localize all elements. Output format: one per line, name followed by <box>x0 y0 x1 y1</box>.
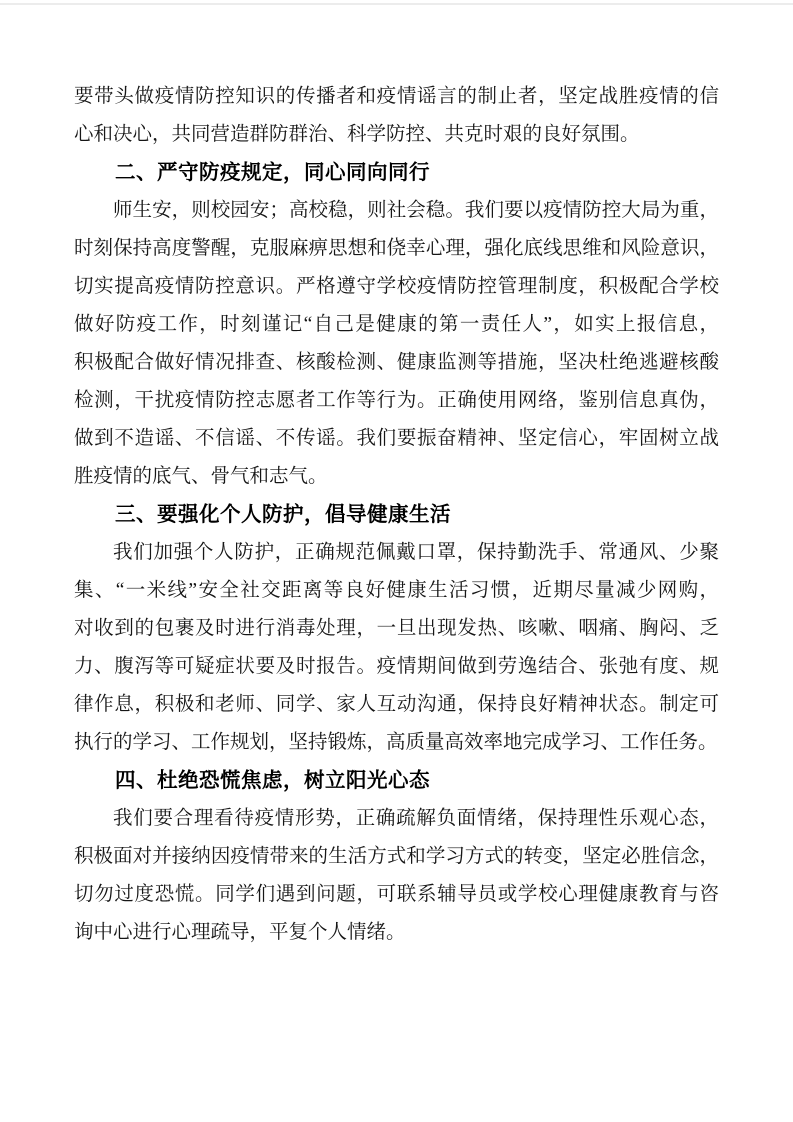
text-line: 做到不造谣、不信谣、不传谣。我们要振奋精神、坚定信心，牢固树立战 <box>74 420 719 458</box>
text-line: 时刻保持高度警醒，克服麻痹思想和侥幸心理，强化底线思维和风险意识， <box>74 230 719 268</box>
text-line: 胜疫情的底气、骨气和志气。 <box>74 458 719 496</box>
text-line: 我们加强个人防护，正确规范佩戴口罩，保持勤洗手、常通风、少聚 <box>74 534 719 572</box>
paragraph-section-4: 我们要合理看待疫情形势，正确疏解负面情绪，保持理性乐观心态，积极面对并接纳因疫情… <box>74 800 719 952</box>
text-line: 执行的学习、工作规划，坚持锻炼，高质量高效率地完成学习、工作任务。 <box>74 724 719 762</box>
text-line: 律作息，积极和老师、同学、家人互动沟通，保持良好精神状态。制定可 <box>74 686 719 724</box>
section-heading-2: 二、严守防疫规定，同心同向同行 <box>74 154 719 192</box>
page-top-edge-divider <box>0 3 793 5</box>
text-line: 力、腹泻等可疑症状要及时报告。疫情期间做到劳逸结合、张弛有度、规 <box>74 648 719 686</box>
document-body: 要带头做疫情防控知识的传播者和疫情谣言的制止者，坚定战胜疫情的信心和决心，共同营… <box>74 78 719 952</box>
text-line: 积极面对并接纳因疫情带来的生活方式和学习方式的转变，坚定必胜信念， <box>74 838 719 876</box>
document-page: 要带头做疫情防控知识的传播者和疫情谣言的制止者，坚定战胜疫情的信心和决心，共同营… <box>0 0 793 1122</box>
text-line: 我们要合理看待疫情形势，正确疏解负面情绪，保持理性乐观心态， <box>74 800 719 838</box>
text-line: 对收到的包裹及时进行消毒处理，一旦出现发热、咳嗽、咽痛、胸闷、乏 <box>74 610 719 648</box>
text-line: 询中心进行心理疏导，平复个人情绪。 <box>74 914 719 952</box>
text-line: 师生安，则校园安；高校稳，则社会稳。我们要以疫情防控大局为重， <box>74 192 719 230</box>
text-line: 做好防疫工作，时刻谨记“自己是健康的第一责任人”，如实上报信息， <box>74 306 719 344</box>
text-line: 集、“一米线”安全社交距离等良好健康生活习惯，近期尽量减少网购， <box>74 572 719 610</box>
text-line: 切勿过度恐慌。同学们遇到问题，可联系辅导员或学校心理健康教育与咨 <box>74 876 719 914</box>
text-line: 切实提高疫情防控意识。严格遵守学校疫情防控管理制度，积极配合学校 <box>74 268 719 306</box>
section-heading-4: 四、杜绝恐慌焦虑，树立阳光心态 <box>74 762 719 800</box>
paragraph-section-3: 我们加强个人防护，正确规范佩戴口罩，保持勤洗手、常通风、少聚集、“一米线”安全社… <box>74 534 719 762</box>
text-line: 心和决心，共同营造群防群治、科学防控、共克时艰的良好氛围。 <box>74 116 719 154</box>
paragraph-continuation: 要带头做疫情防控知识的传播者和疫情谣言的制止者，坚定战胜疫情的信心和决心，共同营… <box>74 78 719 154</box>
text-line: 检测，干扰疫情防控志愿者工作等行为。正确使用网络，鉴别信息真伪， <box>74 382 719 420</box>
section-heading-3: 三、要强化个人防护，倡导健康生活 <box>74 496 719 534</box>
text-line: 积极配合做好情况排查、核酸检测、健康监测等措施，坚决杜绝逃避核酸 <box>74 344 719 382</box>
paragraph-section-2: 师生安，则校园安；高校稳，则社会稳。我们要以疫情防控大局为重，时刻保持高度警醒，… <box>74 192 719 496</box>
text-line: 要带头做疫情防控知识的传播者和疫情谣言的制止者，坚定战胜疫情的信 <box>74 78 719 116</box>
